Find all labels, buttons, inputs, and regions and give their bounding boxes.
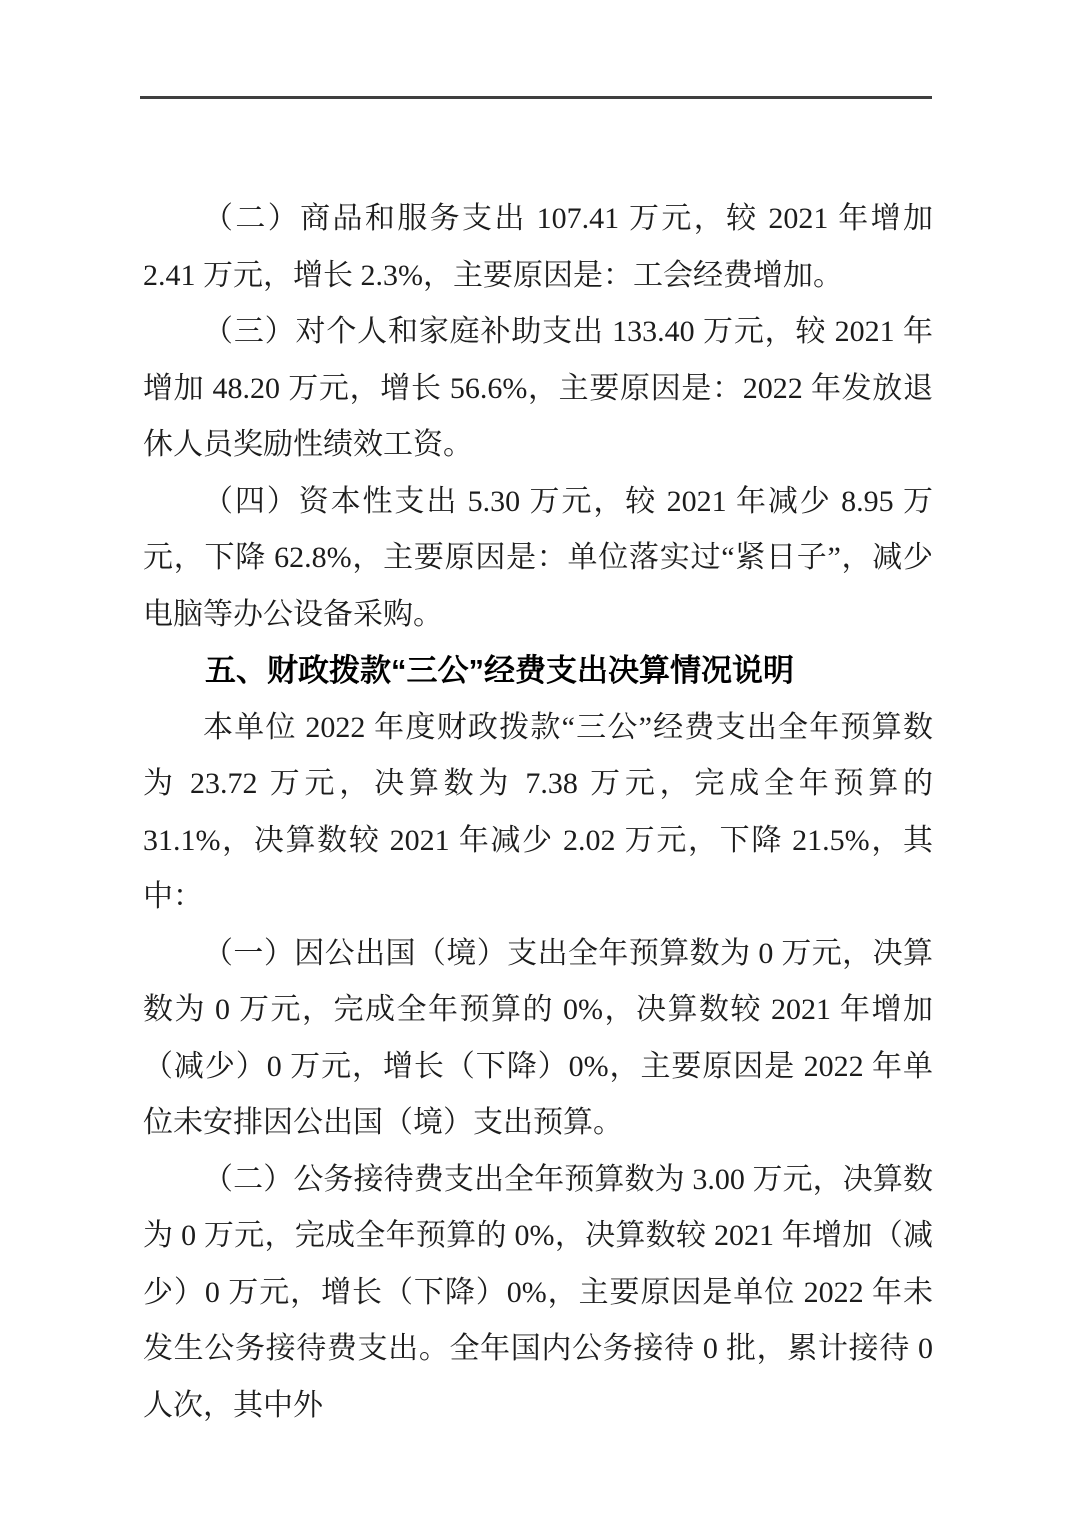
paragraph-sangong-summary: 本单位 2022 年度财政拨款“三公”经费支出全年预算数为 23.72 万元，决…	[143, 700, 933, 926]
paragraph-capital-expenditure: （四）资本性支出 5.30 万元，较 2021 年减少 8.95 万元，下降 6…	[143, 474, 933, 644]
paragraph-official-reception-expenditure: （二）公务接待费支出全年预算数为 3.00 万元，决算数为 0 万元，完成全年预…	[143, 1152, 933, 1435]
document-page: （二）商品和服务支出 107.41 万元，较 2021 年增加 2.41 万元，…	[0, 0, 1074, 1520]
section-heading-sangong-funds: 五、财政拨款“三公”经费支出决算情况说明	[143, 643, 933, 700]
paragraph-goods-services-expenditure: （二）商品和服务支出 107.41 万元，较 2021 年增加 2.41 万元，…	[143, 191, 933, 304]
document-body: （二）商品和服务支出 107.41 万元，较 2021 年增加 2.41 万元，…	[143, 191, 933, 1434]
paragraph-personal-family-subsidy: （三）对个人和家庭补助支出 133.40 万元，较 2021 年增加 48.20…	[143, 304, 933, 474]
paragraph-overseas-trips-expenditure: （一）因公出国（境）支出全年预算数为 0 万元，决算数为 0 万元，完成全年预算…	[143, 926, 933, 1152]
header-divider-rule	[140, 96, 932, 99]
